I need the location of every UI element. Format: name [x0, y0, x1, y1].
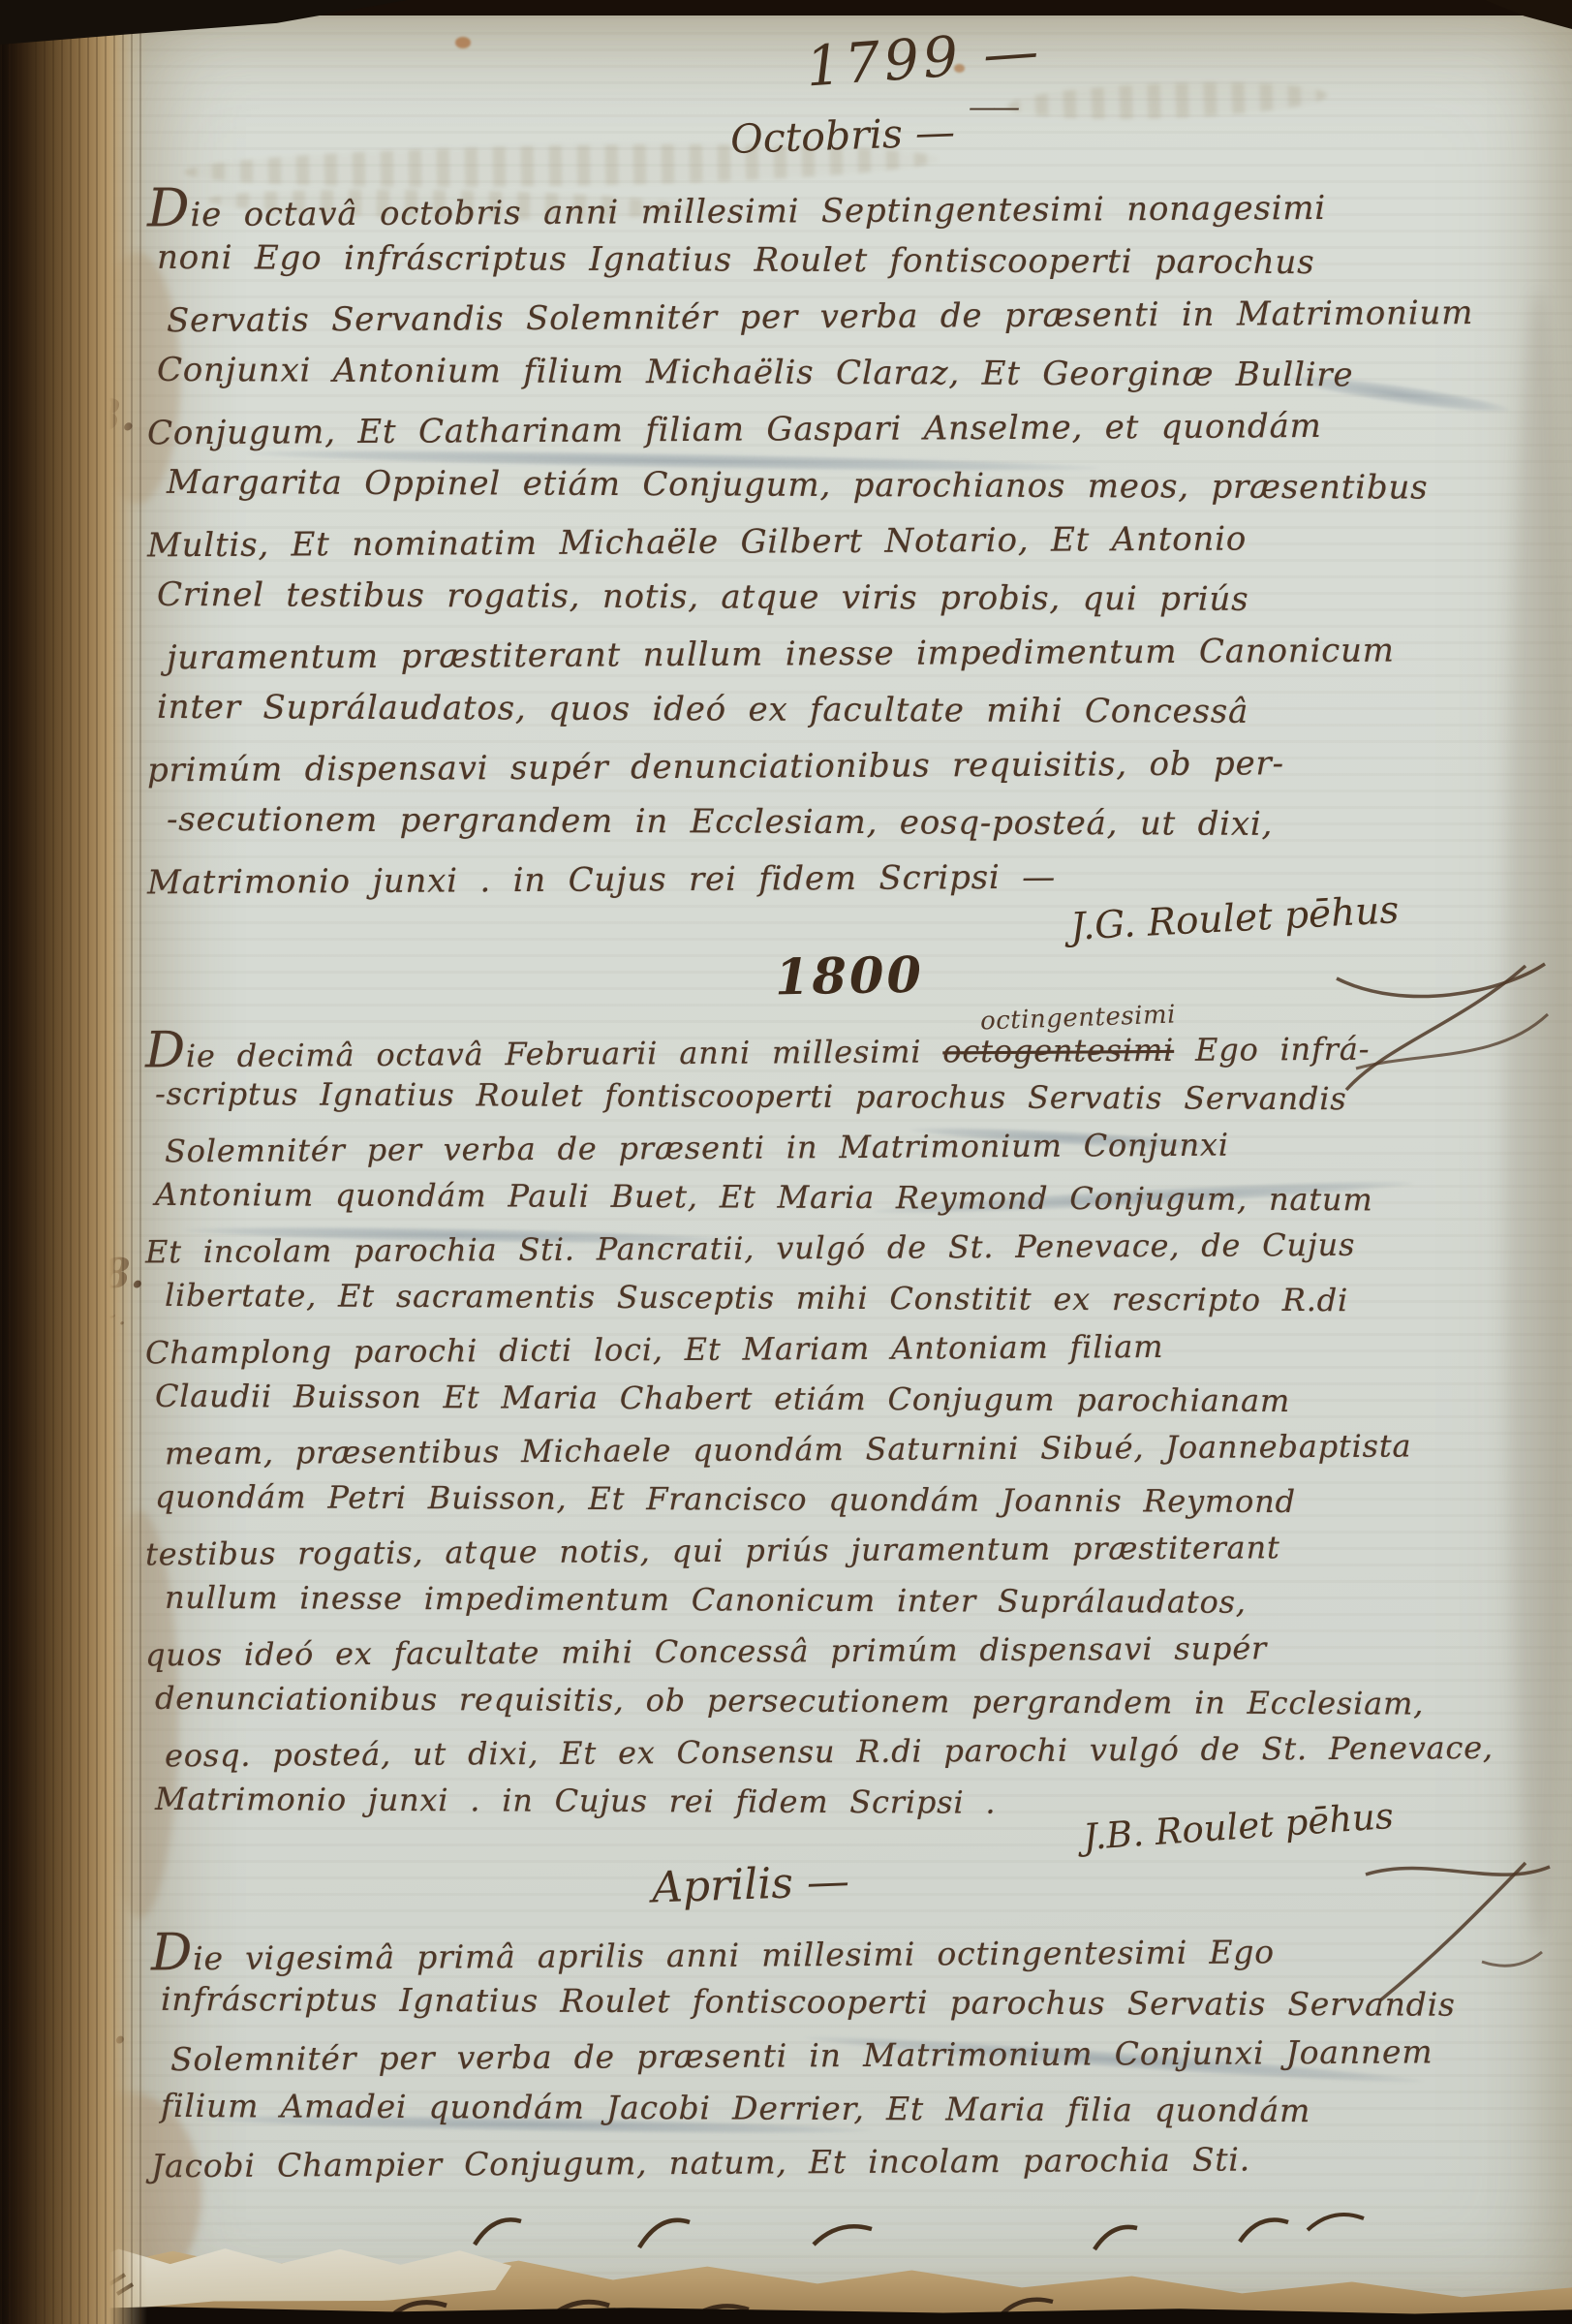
marriage-record-october-1799: Die octavâ octobris anni millesimi Septi…	[147, 176, 1532, 907]
line-text: Ego infrá-	[1174, 1031, 1370, 1069]
record-line: Crinel testibus rogatis, notis, atque vi…	[157, 567, 1532, 629]
record-line: noni Ego infráscriptus Ignatius Roulet f…	[157, 230, 1532, 292]
record-line: Antonium quondám Pauli Buet, Et Maria Re…	[155, 1169, 1540, 1225]
record-line: Die decimâ octavâ Februarii anni millesi…	[145, 1017, 1540, 1076]
flourish-strokes	[455, 2191, 1433, 2259]
marriage-record-february-1800: Die decimâ octavâ Februarii anni millesi…	[145, 1021, 1540, 1827]
record-line: juramentum præstiterant nullum inesse im…	[167, 622, 1532, 687]
record-line: -secutionem pergrandem in Ecclesiam, eos…	[167, 791, 1532, 853]
marriage-record-april-1800: Die vigesimâ primâ aprilis anni millesim…	[151, 1922, 1536, 2188]
record-line: Margarita Oppinel etiám Conjugum, paroch…	[167, 454, 1532, 516]
record-line: Die vigesimâ primâ aprilis anni millesim…	[151, 1918, 1536, 1980]
record-line: eosq. posteá, ut dixi, Et ex Consensu R.…	[165, 1722, 1540, 1782]
record-line: Champlong parochi dicti loci, Et Mariam …	[145, 1319, 1540, 1379]
record-line: meam, præsentibus Michaele quondám Satur…	[165, 1420, 1540, 1479]
struck-word: octogentesimi	[942, 1032, 1174, 1069]
record-line: primúm dispensavi supér denunciationibus…	[147, 734, 1532, 799]
record-line: testibus rogatis, atque notis, qui priús…	[145, 1521, 1540, 1580]
year-heading-1800: 1800	[718, 945, 980, 1008]
record-line: Die octavâ octobris anni millesimi Septi…	[147, 172, 1532, 237]
record-line: quondám Petri Buisson, Et Francisco quon…	[155, 1472, 1540, 1528]
record-line: Solemnitér per verba de præsenti in Matr…	[170, 2025, 1536, 2087]
record-line: Claudii Buisson Et Maria Chabert etiám C…	[155, 1371, 1540, 1427]
record-line: Solemnitér per verba de præsenti in Matr…	[165, 1118, 1540, 1177]
record-line: Et incolam parochia Sti. Pancratii, vulg…	[145, 1219, 1540, 1278]
book-binding-edge	[0, 0, 147, 2324]
record-line: denunciationibus requisitis, ob persecut…	[155, 1673, 1540, 1729]
record-line: libertate, Et sacramentis Susceptis mihi…	[165, 1270, 1540, 1326]
record-line: Conjugum, Et Catharinam filiam Gaspari A…	[147, 397, 1532, 462]
record-line: infráscriptus Ignatius Roulet fontiscoop…	[161, 1972, 1536, 2031]
record-line: Jacobi Champier Conjugum, natum, Et inco…	[151, 2131, 1536, 2193]
record-line: filium Amadei quondám Jacobi Derrier, Et…	[161, 2079, 1536, 2138]
record-line: Multis, Et nominatim Michaële Gilbert No…	[147, 510, 1532, 574]
record-line: Conjunxi Antonium filium Michaëlis Clara…	[157, 342, 1532, 404]
record-line: -scriptus Ignatius Roulet fontiscooperti…	[155, 1069, 1540, 1125]
record-line: Servatis Servandis Solemnitér per verba …	[167, 285, 1532, 350]
rust-spot	[455, 37, 471, 48]
record-line: quos ideó ex facultate mihi Concessâ pri…	[145, 1622, 1540, 1681]
record-line: nullum inesse impedimentum Canonicum int…	[165, 1572, 1540, 1628]
record-line: inter Suprálaudatos, quos ideó ex facult…	[157, 679, 1532, 741]
